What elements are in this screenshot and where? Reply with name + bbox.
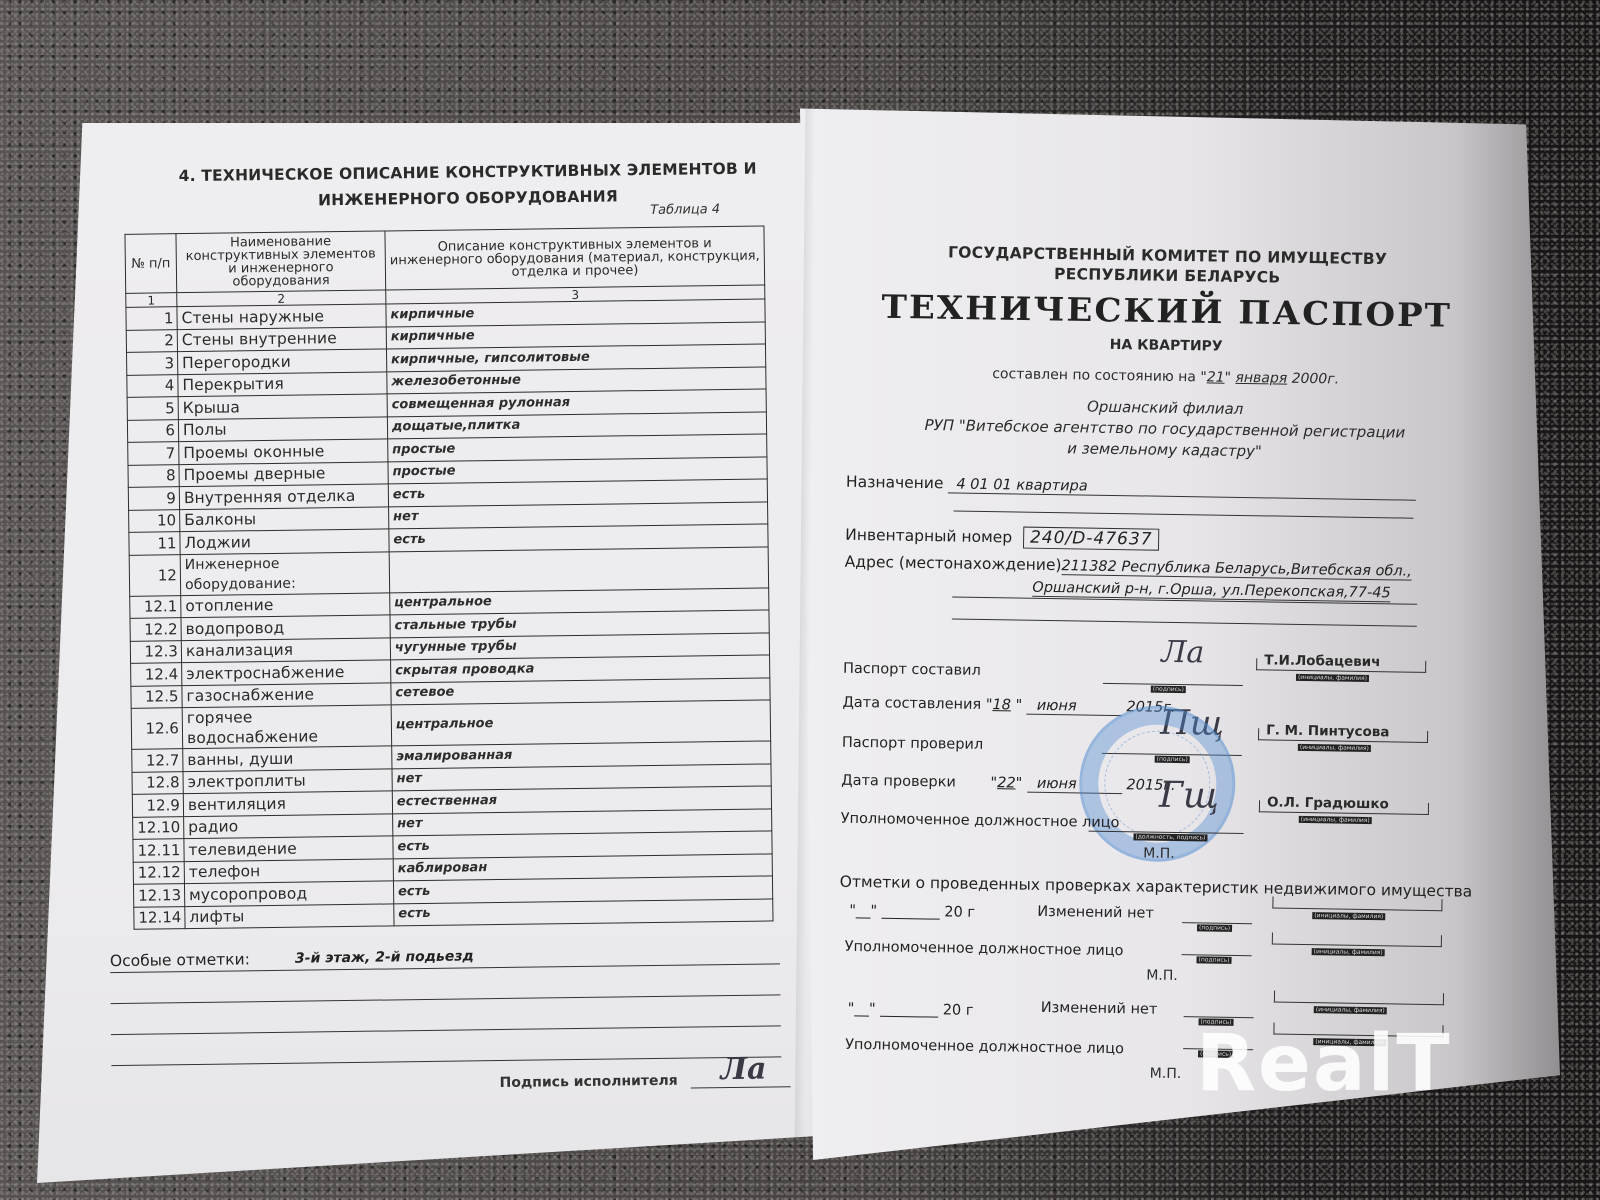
element-name: Перегородки (177, 349, 386, 374)
element-name: мусоропровод (184, 881, 393, 906)
check-entry-2-authorized: Уполномоченное должностное лицо (845, 1037, 1124, 1057)
element-name: Крыша (178, 394, 387, 419)
check-entry-2-date: "__" ________ 20 г (848, 1001, 974, 1019)
row-number: 12.10 (133, 816, 184, 839)
element-name: Полы (178, 416, 387, 441)
element-name: отопление (181, 592, 390, 617)
purpose-label: Назначение (846, 473, 944, 493)
row-number: 12.8 (132, 771, 183, 794)
checked-by-name-field: Г. М. Пинтусова (1258, 721, 1428, 743)
signature-caption: (подпись) (1196, 956, 1231, 964)
element-name: Балконы (180, 506, 389, 531)
check-date-label: Дата проверки (841, 773, 956, 791)
row-number: 12.9 (132, 794, 183, 817)
compiled-date-month: июня (1027, 698, 1122, 716)
element-name: Инженерное оборудование: (180, 551, 390, 595)
check-entry-1-authorized: Уполномоченное должностное лицо (845, 939, 1124, 959)
element-name: Проемы дверные (179, 461, 388, 486)
check-date-day: 22 (997, 775, 1016, 791)
checked-by-label: Паспорт проверил (842, 735, 984, 753)
seal-label: М.П. (1150, 1066, 1182, 1082)
seal-label: М.П. (1146, 968, 1178, 984)
header-num: № п/п (125, 234, 177, 294)
compiled-by-name-field: Т.И.Лобацевич (1256, 651, 1426, 673)
element-name: Внутренняя отделка (179, 484, 388, 509)
row-number: 12.11 (133, 839, 184, 862)
executor-signature-label: Подпись исполнителя (500, 1073, 678, 1091)
special-notes-label: Особые отметки: (110, 950, 250, 970)
column-index: 1 (126, 293, 177, 308)
row-number: 12.3 (130, 640, 181, 663)
element-description (389, 546, 769, 592)
address-line1: 211382 Республика Беларусь,Витебская обл… (1061, 558, 1412, 581)
row-number: 1 (126, 307, 177, 330)
authorized-signature: Гщ (1159, 778, 1219, 815)
element-name: газоснабжение (182, 682, 391, 707)
purpose-extra-line (954, 510, 1414, 518)
element-name: канализация (181, 637, 390, 662)
element-name: Стены внутренние (177, 326, 386, 351)
authorized-name: О.Л. Градюшко (1267, 794, 1389, 812)
row-number: 12.1 (130, 595, 181, 618)
special-notes: Особые отметки: 3-й этаж, 2-й подьезд (110, 933, 782, 1066)
check-entry-1-auth-signature-line (1182, 938, 1252, 956)
row-number: 12 (129, 554, 180, 596)
document-title: ТЕХНИЧЕСКИЙ ПАСПОРТ (866, 288, 1467, 335)
left-page: 4. ТЕХНИЧЕСКОЕ ОПИСАНИЕ КОНСТРУКТИВНЫХ Э… (37, 123, 833, 1183)
element-name: электроснабжение (182, 660, 391, 685)
element-name: электроплиты (183, 768, 392, 793)
check-entry-1-date: "__" ________ 20 г (849, 903, 975, 921)
row-number: 3 (127, 352, 178, 375)
compiled-date-day: 18 (992, 697, 1011, 713)
element-name: ванны, души (183, 746, 392, 771)
initials-caption: (инициалы, фамилия) (1299, 816, 1372, 824)
authorized-label: Уполномоченное должностное лицо (841, 811, 1120, 831)
compiled-by-signature: Ла (1161, 638, 1204, 669)
special-notes-value: 3-й этаж, 2-й подьезд (295, 948, 474, 966)
row-number: 12.6 (131, 708, 182, 750)
as-of-month: января (1235, 370, 1287, 387)
element-name: горячее водоснабжение (182, 705, 392, 749)
header-name: Наименование конструктивных элементов и … (176, 231, 386, 293)
row-number: 12.5 (131, 685, 182, 708)
element-name: Проемы оконные (179, 439, 388, 464)
constructive-elements-table: № п/п Наименование конструктивных элемен… (124, 225, 773, 929)
as-of-prefix: составлен по состоянию на (992, 366, 1196, 385)
purpose-field: Назначение 4 01 01 квартира (846, 473, 1417, 501)
executor-signature-block: Подпись исполнителя Ла (499, 1068, 790, 1091)
row-number: 2 (126, 329, 177, 352)
position-signature-caption: (должность, подпись) (1133, 833, 1207, 841)
authorized-name-field: О.Л. Градюшко (1259, 793, 1429, 815)
row-number: 11 (129, 532, 180, 555)
as-of-day: 21 (1207, 369, 1225, 385)
check-entry-2-name-field (1274, 984, 1444, 1006)
seal-label: М.П. (1143, 845, 1175, 861)
table-caption: Таблица 4 (650, 202, 720, 218)
element-name: телевидение (184, 836, 393, 861)
as-of-year: 2000г. (1292, 371, 1340, 388)
element-name: Стены наружные (177, 304, 386, 329)
initials-caption: (инициалы, фамилия) (1312, 912, 1385, 920)
signature-caption: (подпись) (1151, 686, 1186, 694)
executor-signature: Ла (720, 1055, 766, 1086)
address-extra-line (952, 618, 1417, 626)
inventory-field: Инвентарный номер 240/D-47637 (845, 525, 1160, 550)
table-header-row: № п/п Наименование конструктивных элемен… (125, 226, 765, 293)
right-page: ГОСУДАРСТВЕННЫЙ КОМИТЕТ ПО ИМУЩЕСТВУ РЕС… (800, 100, 1570, 1160)
realt-watermark-logo: RealT (1196, 1025, 1452, 1103)
purpose-value: 4 01 01 квартира (948, 476, 1416, 500)
row-number: 12.13 (133, 884, 184, 907)
check-entry-1-signature-line (1182, 906, 1252, 924)
element-description: центральное (391, 700, 771, 746)
row-number: 7 (128, 442, 179, 465)
row-number: 4 (127, 374, 178, 397)
element-name: лифты (185, 903, 394, 928)
row-number: 6 (127, 419, 178, 442)
compiled-by-name: Т.И.Лобацевич (1264, 652, 1380, 670)
row-number: 12.14 (134, 906, 185, 929)
compiled-by-label: Паспорт составил (843, 661, 981, 679)
check-entry-2-signature-line (1184, 1000, 1254, 1018)
row-number: 12.4 (131, 663, 182, 686)
row-number: 12.2 (130, 618, 181, 641)
check-entry-2-status: Изменений нет (1041, 1000, 1158, 1018)
element-name: радио (184, 813, 393, 838)
check-entry-1-name-field (1272, 890, 1442, 912)
element-name: водопровод (181, 615, 390, 640)
inventory-number-box: 240/D-47637 (1023, 527, 1160, 551)
check-entry-1-status: Изменений нет (1037, 904, 1154, 922)
signature-caption: (подпись) (1197, 924, 1232, 932)
address-label: Адрес (местонахождение) (845, 553, 1062, 574)
element-name: вентиляция (183, 791, 392, 816)
initials-caption: (инициалы, фамилия) (1314, 1006, 1387, 1014)
address-field: Адрес (местонахождение)211382 Республика… (845, 553, 1412, 581)
initials-caption: (инициалы, фамилия) (1296, 674, 1369, 682)
branch-name: Оршанский филиал РУП "Витебское агентств… (864, 393, 1465, 465)
row-number: 5 (127, 397, 178, 420)
initials-caption: (инициалы, фамилия) (1298, 744, 1371, 752)
element-name: Лоджии (180, 529, 389, 554)
row-number: 12.7 (132, 749, 183, 772)
row-number: 12.12 (133, 861, 184, 884)
committee-name: ГОСУДАРСТВЕННЫЙ КОМИТЕТ ПО ИМУЩЕСТВУ РЕС… (867, 241, 1468, 290)
row-number: 10 (129, 509, 180, 532)
inventory-label: Инвентарный номер (845, 526, 1012, 547)
row-number: 9 (128, 487, 179, 510)
checked-by-name: Г. М. Пинтусова (1266, 722, 1390, 740)
initials-caption: (инициалы, фамилия) (1312, 948, 1385, 956)
row-number: 8 (128, 464, 179, 487)
element-description: есть (394, 898, 773, 925)
executor-signature-line: Ла (690, 1068, 790, 1088)
compiled-date-label: Дата составления (842, 695, 981, 713)
check-entry-1-auth-name-field (1272, 926, 1442, 948)
element-name: телефон (184, 858, 393, 883)
as-of-date: составлен по состоянию на "21" января 20… (866, 364, 1466, 389)
element-name: Перекрытия (178, 371, 387, 396)
header-description: Описание конструктивных элементов и инже… (385, 226, 765, 290)
document-subtitle: НА КВАРТИРУ (866, 333, 1466, 358)
